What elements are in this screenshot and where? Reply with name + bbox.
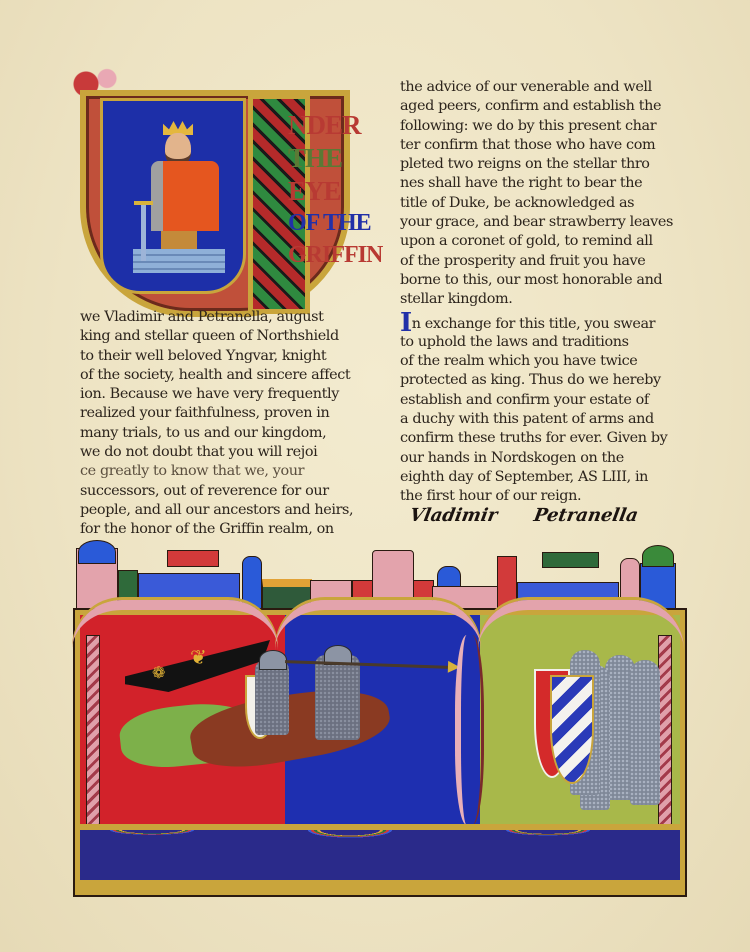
text-line: nes shall have the right to bear the bbox=[400, 174, 700, 193]
roof bbox=[542, 552, 599, 568]
text-line: realized your faithfulness, proven in bbox=[80, 404, 380, 423]
text-line: protected as king. Thus do we hereby bbox=[400, 371, 700, 390]
battle-miniature: ❦ ❁ bbox=[75, 610, 685, 895]
text-line: ter confirm that those who have com bbox=[400, 136, 700, 155]
text-line: to uphold the laws and traditions bbox=[400, 333, 700, 352]
king-robe bbox=[151, 161, 219, 231]
text-line: establish and confirm your estate of bbox=[400, 391, 700, 410]
soldier-icon bbox=[630, 660, 660, 805]
signatures: Vladimir Petranella bbox=[410, 505, 667, 526]
wreath-icon: ❁ bbox=[152, 663, 165, 682]
text-line: title of Duke, be acknowledged as bbox=[400, 194, 700, 213]
striped-shield-icon bbox=[550, 675, 594, 784]
right-text-column: the advice of our venerable and well age… bbox=[400, 78, 700, 507]
text-line: king and stellar queen of Northshield bbox=[80, 327, 380, 346]
text-line: we do not doubt that you will rejoi bbox=[80, 443, 380, 462]
knight-icon bbox=[255, 660, 289, 735]
text-line: the first hour of our reign. bbox=[400, 487, 700, 506]
heading: NDER THE EYE OF THE GRIFFIN bbox=[288, 112, 382, 267]
signature-queen: Petranella bbox=[532, 505, 640, 526]
text-line: In exchange for this title, you swear bbox=[400, 314, 700, 333]
text-line: ce greatly to know that we, your bbox=[80, 462, 380, 481]
manuscript-page: NDER THE EYE OF THE GRIFFIN we Vladimir … bbox=[0, 0, 750, 952]
text-line: many trials, to us and our kingdom, bbox=[80, 424, 380, 443]
text-line: for the honor of the Griffin realm, on bbox=[80, 520, 380, 539]
text-line: ion. Because we have very frequently bbox=[80, 385, 380, 404]
left-text-column: we Vladimir and Petranella, august king … bbox=[80, 308, 380, 540]
text-line: of the society, health and sincere affec… bbox=[80, 366, 380, 385]
text-line: your grace, and bear strawberry leaves bbox=[400, 213, 700, 232]
text-line: following: we do by this present char bbox=[400, 117, 700, 136]
infantry-group bbox=[550, 655, 660, 820]
arch bbox=[275, 600, 481, 650]
text-line: we Vladimir and Petranella, august bbox=[80, 308, 380, 327]
text-line: stellar kingdom. bbox=[400, 290, 700, 309]
sword-icon bbox=[141, 201, 146, 261]
text-line: aged peers, confirm and establish the bbox=[400, 97, 700, 116]
heading-word: OF THE bbox=[288, 211, 382, 235]
gold-border bbox=[80, 880, 680, 890]
right-column-pillar bbox=[658, 635, 672, 827]
text-line: pleted two reigns on the stellar thro bbox=[400, 155, 700, 174]
arch bbox=[478, 600, 684, 650]
text-line: upon a coronet of gold, to remind all bbox=[400, 232, 700, 251]
text-line: borne to this, our most honorable and bbox=[400, 271, 700, 290]
knight-icon bbox=[315, 655, 360, 740]
heading-word: EYE bbox=[288, 178, 382, 205]
text-line: eighth day of September, AS LIII, in bbox=[400, 468, 700, 487]
text-line: our hands in Nordskogen on the bbox=[400, 449, 700, 468]
heading-word: THE bbox=[288, 145, 382, 172]
text-line: to their well beloved Yngvar, knight bbox=[80, 347, 380, 366]
throne-steps bbox=[133, 249, 225, 273]
text-line: successors, out of reverence for our bbox=[80, 482, 380, 501]
initial-blue-panel bbox=[100, 98, 246, 294]
heading-word: NDER bbox=[288, 112, 382, 139]
text-line: confirm these truths for ever. Given by bbox=[400, 429, 700, 448]
text-line: people, and all our ancestors and heirs, bbox=[80, 501, 380, 520]
text-line: of the realm which you have twice bbox=[400, 352, 700, 371]
vine-tree-icon bbox=[455, 635, 484, 825]
king-figure-icon bbox=[143, 121, 213, 271]
roof bbox=[167, 550, 219, 567]
arch-row bbox=[72, 600, 684, 640]
arch bbox=[72, 600, 278, 650]
tower-roof bbox=[78, 540, 116, 564]
king-legs bbox=[161, 231, 197, 251]
text-line: the advice of our venerable and well bbox=[400, 78, 700, 97]
helmet-icon bbox=[259, 650, 287, 670]
left-column-pillar bbox=[86, 635, 100, 827]
tower-roof bbox=[642, 545, 674, 567]
text-line: a duchy with this patent of arms and bbox=[400, 410, 700, 429]
text-line: of the prosperity and fruit you have bbox=[400, 252, 700, 271]
text-span: n exchange for this title, you swear bbox=[412, 316, 655, 332]
heading-word: GRIFFIN bbox=[288, 243, 382, 267]
signature-king: Vladimir bbox=[408, 505, 499, 526]
